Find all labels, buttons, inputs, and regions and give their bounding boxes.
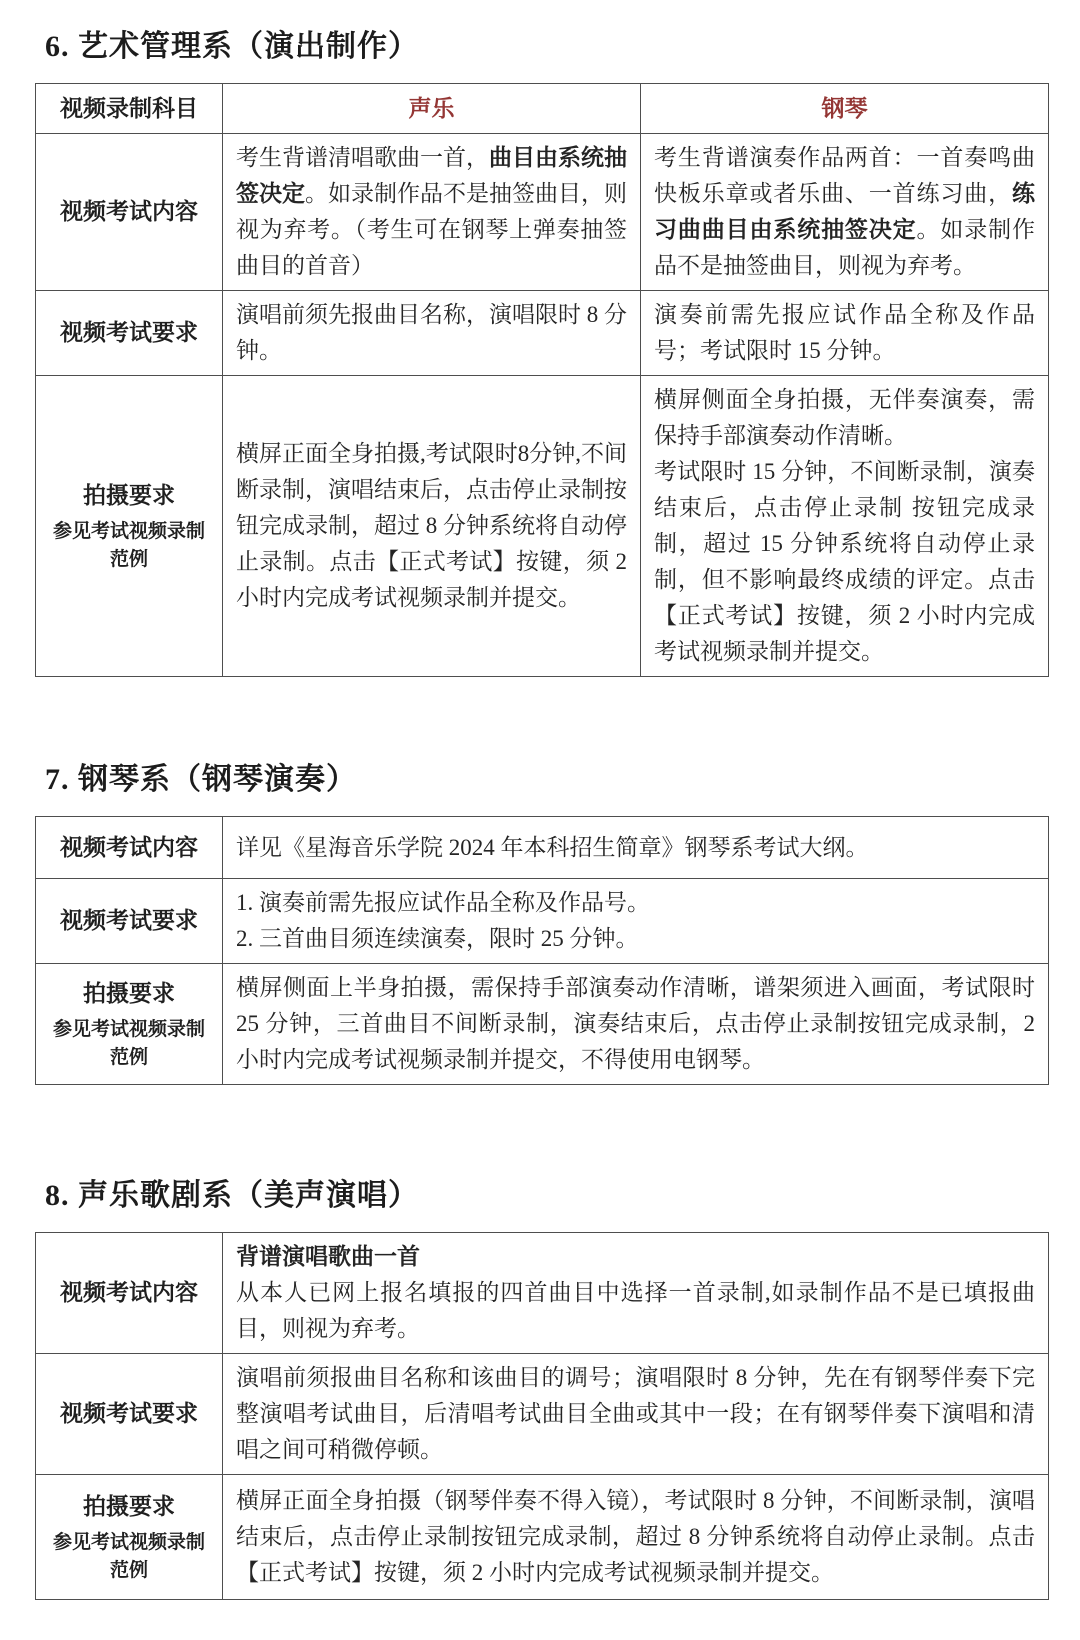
s7-row-shooting: 拍摄要求 参见考试视频录制范例 横屏侧面上半身拍摄，需保持手部演奏动作清晰，谱架… xyxy=(36,964,1049,1085)
s6-shoot-sublabel: 参见考试视频录制范例 xyxy=(44,518,214,574)
s8-row-shooting: 拍摄要求 参见考试视频录制范例 横屏正面全身拍摄（钢琴伴奏不得入镜），考试限时 … xyxy=(36,1475,1049,1600)
s7-shoot-cell: 横屏侧面上半身拍摄，需保持手部演奏动作清晰，谱架须进入画面，考试限时 25 分钟… xyxy=(223,964,1049,1085)
s7-content-cell: 详见《星海音乐学院 2024 年本科招生简章》钢琴系考试大纲。 xyxy=(223,817,1049,879)
section-6-title: 6. 艺术管理系（演出制作） xyxy=(45,26,1048,68)
s6-header-vocal: 声乐 xyxy=(223,84,641,134)
s6-content-piano-cell: 考生背谱演奏作品两首：一首奏鸣曲快板乐章或者乐曲、一首练习曲，练习曲曲目由系统抽… xyxy=(641,134,1049,291)
s7-req-line-1: 1. 演奏前需先报应试作品全称及作品号。 xyxy=(236,885,1035,921)
s8-row-requirement: 视频考试要求 演唱前须报曲目名称和该曲目的调号；演唱限时 8 分钟，先在有钢琴伴… xyxy=(36,1354,1049,1475)
section-7-title: 7. 钢琴系（钢琴演奏） xyxy=(45,759,1048,801)
s6-content-vocal-cell: 考生背谱清唱歌曲一首，曲目由系统抽签决定。如录制作品不是抽签曲目，则视为弃考。（… xyxy=(223,134,641,291)
document-page: 6. 艺术管理系（演出制作） 视频录制科目 声乐 钢琴 视频考试内容 考生背谱清… xyxy=(0,0,1080,1640)
s8-req-label: 视频考试要求 xyxy=(36,1354,223,1475)
s8-row-content: 视频考试内容 背谱演唱歌曲一首 从本人已网上报名填报的四首曲目中选择一首录制,如… xyxy=(36,1233,1049,1354)
section-8-table: 视频考试内容 背谱演唱歌曲一首 从本人已网上报名填报的四首曲目中选择一首录制,如… xyxy=(35,1232,1049,1600)
s6-header-subject: 视频录制科目 xyxy=(36,84,223,134)
s8-shoot-label: 拍摄要求 xyxy=(83,1494,175,1519)
s7-content-label: 视频考试内容 xyxy=(36,817,223,879)
s7-shoot-label-cell: 拍摄要求 参见考试视频录制范例 xyxy=(36,964,223,1085)
s7-req-label: 视频考试要求 xyxy=(36,879,223,964)
s6-shoot-piano-cell: 横屏侧面全身拍摄，无伴奏演奏，需保持手部演奏动作清晰。 考试限时 15 分钟，不… xyxy=(641,376,1049,677)
s6-row-content: 视频考试内容 考生背谱清唱歌曲一首，曲目由系统抽签决定。如录制作品不是抽签曲目，… xyxy=(36,134,1049,291)
s6-shoot-piano-paragraph-2: 考试限时 15 分钟，不间断录制，演奏结束后，点击停止录制 按钮完成录制，超过 … xyxy=(654,454,1035,670)
s6-shoot-label: 拍摄要求 xyxy=(83,483,175,508)
s6-header-piano: 钢琴 xyxy=(641,84,1049,134)
s6-row-requirement: 视频考试要求 演唱前须先报曲目名称，演唱限时 8 分钟。 演奏前需先报应试作品全… xyxy=(36,291,1049,376)
s8-content-label: 视频考试内容 xyxy=(36,1233,223,1354)
s7-row-requirement: 视频考试要求 1. 演奏前需先报应试作品全称及作品号。 2. 三首曲目须连续演奏… xyxy=(36,879,1049,964)
s7-req-cell: 1. 演奏前需先报应试作品全称及作品号。 2. 三首曲目须连续演奏，限时 25 … xyxy=(223,879,1049,964)
s6-content-piano-pre: 考生背谱演奏作品两首：一首奏鸣曲快板乐章或者乐曲、一首练习曲， xyxy=(654,145,1035,206)
section-6-table: 视频录制科目 声乐 钢琴 视频考试内容 考生背谱清唱歌曲一首，曲目由系统抽签决定… xyxy=(35,83,1049,677)
section-7-table: 视频考试内容 详见《星海音乐学院 2024 年本科招生简章》钢琴系考试大纲。 视… xyxy=(35,816,1049,1085)
s6-content-vocal-pre: 考生背谱清唱歌曲一首， xyxy=(236,145,489,170)
section-8-title: 8. 声乐歌剧系（美声演唱） xyxy=(45,1175,1048,1217)
s6-shoot-label-cell: 拍摄要求 参见考试视频录制范例 xyxy=(36,376,223,677)
s7-shoot-sublabel: 参见考试视频录制范例 xyxy=(44,1016,214,1072)
s8-shoot-label-cell: 拍摄要求 参见考试视频录制范例 xyxy=(36,1475,223,1600)
s8-content-bold-line: 背谱演唱歌曲一首 xyxy=(236,1239,1035,1275)
s7-row-content: 视频考试内容 详见《星海音乐学院 2024 年本科招生简章》钢琴系考试大纲。 xyxy=(36,817,1049,879)
s6-shoot-vocal-cell: 横屏正面全身拍摄,考试限时8分钟,不间断录制，演唱结束后，点击停止录制按钮完成录… xyxy=(223,376,641,677)
s6-req-vocal-cell: 演唱前须先报曲目名称，演唱限时 8 分钟。 xyxy=(223,291,641,376)
s8-content-cell: 背谱演唱歌曲一首 从本人已网上报名填报的四首曲目中选择一首录制,如录制作品不是已… xyxy=(223,1233,1049,1354)
s7-shoot-label: 拍摄要求 xyxy=(83,981,175,1006)
s8-shoot-sublabel: 参见考试视频录制范例 xyxy=(44,1529,214,1585)
s6-shoot-piano-paragraph-1: 横屏侧面全身拍摄，无伴奏演奏，需保持手部演奏动作清晰。 xyxy=(654,382,1035,454)
s6-req-label: 视频考试要求 xyxy=(36,291,223,376)
s6-content-label: 视频考试内容 xyxy=(36,134,223,291)
s6-header-row: 视频录制科目 声乐 钢琴 xyxy=(36,84,1049,134)
s6-req-piano-cell: 演奏前需先报应试作品全称及作品号；考试限时 15 分钟。 xyxy=(641,291,1049,376)
s8-req-cell: 演唱前须报曲目名称和该曲目的调号；演唱限时 8 分钟，先在有钢琴伴奏下完整演唱考… xyxy=(223,1354,1049,1475)
s6-row-shooting: 拍摄要求 参见考试视频录制范例 横屏正面全身拍摄,考试限时8分钟,不间断录制，演… xyxy=(36,376,1049,677)
s8-content-text: 从本人已网上报名填报的四首曲目中选择一首录制,如录制作品不是已填报曲目，则视为弃… xyxy=(236,1275,1035,1347)
s7-req-line-2: 2. 三首曲目须连续演奏，限时 25 分钟。 xyxy=(236,921,1035,957)
s8-shoot-cell: 横屏正面全身拍摄（钢琴伴奏不得入镜），考试限时 8 分钟，不间断录制，演唱结束后… xyxy=(223,1475,1049,1600)
